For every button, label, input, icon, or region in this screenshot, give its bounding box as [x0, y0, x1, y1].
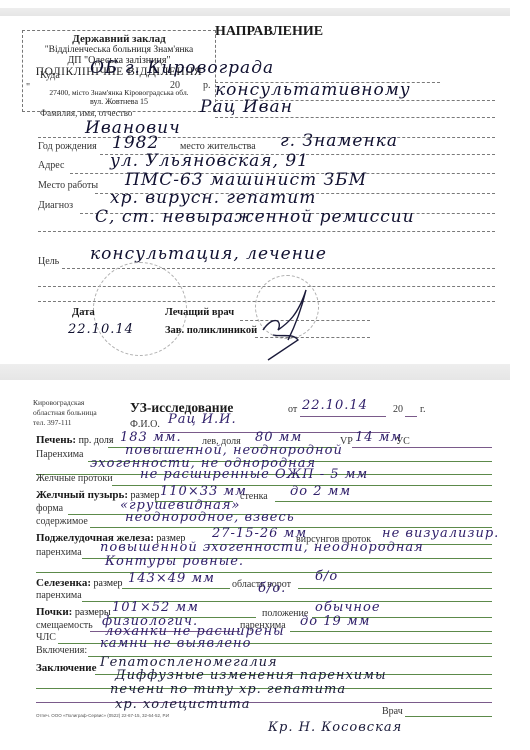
bile-ducts-label: Желчные протоки [36, 473, 113, 484]
doctor-signature-icon [258, 285, 318, 365]
spleen-hilum-value[interactable]: б/о [315, 569, 338, 584]
referral-title: НАПРАВЛЕНИЕ [215, 24, 323, 40]
us-date-line [300, 416, 386, 417]
chls-label: ЧЛС [36, 632, 56, 643]
pancreas-parenchyma-value-1[interactable]: повышенной эхогенности, неоднородная [100, 540, 424, 555]
bile-ducts-value[interactable]: не расширенные ОЖП - 5 мм [140, 467, 368, 482]
gallbladder-content-value[interactable]: неоднородное, взвесь [125, 510, 295, 525]
diagnosis-label: Диагноз [38, 200, 73, 211]
ultrasound-doctor-label: Врач [382, 706, 403, 717]
us-year-line [405, 416, 417, 417]
pancreas-size-value[interactable]: 27-15-26 мм [212, 526, 307, 541]
purpose-value[interactable]: консультация, лечение [90, 244, 327, 264]
gallbladder-label: Желчный пузырь: [36, 489, 128, 501]
spleen-size-value[interactable]: 143×49 мм [128, 571, 215, 586]
date-quote: " [26, 82, 30, 93]
us-year-suffix: г. [420, 404, 425, 415]
address-value[interactable]: ул. Ульяновская, 91 [110, 151, 309, 171]
diagnosis-line-2 [38, 231, 495, 232]
date-value[interactable]: 22.10.14 [68, 322, 134, 337]
address-label: Адрес [38, 160, 64, 171]
printer-note: Отпеч. ООО «Полиграф-Сервис» (0522) 22-6… [36, 713, 169, 718]
liver-right-label: пр. доля [79, 435, 114, 446]
year-suffix: р. [203, 80, 211, 91]
conclusion-label: Заключение [36, 662, 96, 674]
stamp-line-6: вул. Жовтнева 15 [23, 97, 215, 106]
inclusions-value[interactable]: камни не выявлено [100, 636, 251, 651]
kidneys-label: Почки: [36, 606, 72, 618]
wirsung-duct-value[interactable]: не визуализир. [382, 526, 499, 541]
doctor-label: Лечащий врач [165, 307, 234, 318]
kidneys-mobility-label: смещаемость [36, 620, 93, 631]
conclusion-value-3[interactable]: печени по типу хр. гепатита [110, 682, 346, 697]
spleen-hilum-line [298, 588, 492, 589]
vp-line [352, 447, 492, 448]
spleen-parenchyma-value[interactable]: б/о. [258, 581, 286, 596]
hospital-info: Кировоградская областная больница тел. 3… [33, 398, 97, 428]
scan-edge-middle [0, 364, 510, 380]
stamp-line-2: "Відділенчеська больниця Знам'янка [23, 45, 215, 55]
scan-edge-top [0, 8, 510, 16]
us-date-label: от [288, 404, 297, 415]
fullname-line [215, 117, 495, 118]
work-value[interactable]: ПМС-63 машинист ЗБМ [125, 170, 367, 190]
hospital-line-2: областная больница [33, 408, 97, 418]
us-year-label: 20 [393, 404, 403, 415]
residence-value[interactable]: г. Знаменка [280, 131, 398, 151]
fio-label: Ф.И.О. [130, 419, 160, 430]
ultrasound-doctor-line [405, 716, 492, 717]
spleen-size-line [122, 588, 230, 589]
stamp-line-1: Державний заклад [23, 33, 215, 45]
pancreas-parenchyma-value-2[interactable]: Контуры ровные. [105, 554, 244, 569]
kidneys-row: Почки: размеры [36, 606, 111, 618]
fio-value[interactable]: Рац И.И. [168, 412, 237, 427]
purpose-label: Цель [38, 256, 59, 267]
conclusion-value-2[interactable]: Диффузные изменения паренхимы [115, 668, 387, 683]
fullname-line-2 [38, 137, 495, 138]
fullname-value-1[interactable]: Рац Иван [200, 97, 293, 117]
head-label: Зав. поликлиникой [165, 325, 257, 336]
birth-year-label: Год рождения [38, 141, 97, 152]
stamp-line-5: 27400, місто Знам'янка Кіровоградська об… [23, 88, 215, 97]
conclusion-value-4[interactable]: хр. холецистита [115, 697, 251, 712]
gallbladder-wall-value[interactable]: до 2 мм [290, 484, 351, 499]
liver-parenchyma-label: Паренхима [36, 449, 84, 460]
kidneys-parenchyma-value[interactable]: до 19 мм [300, 614, 370, 629]
date-label: Дата [72, 307, 95, 318]
hospital-line-3: тел. 397-111 [33, 418, 97, 428]
gallbladder-wall-label: стенка [240, 491, 268, 502]
spleen-size-label: размер [94, 578, 123, 589]
us-date-value[interactable]: 22.10.14 [302, 398, 368, 413]
conclusion-line-3 [36, 702, 492, 703]
inclusions-label: Включения: [36, 645, 87, 656]
pancreas-parenchyma-label: паренхима [36, 547, 82, 558]
gallbladder-wall-line [275, 501, 492, 502]
gallbladder-content-label: содержимое [36, 516, 88, 527]
birth-year-value[interactable]: 1982 [112, 133, 159, 153]
diagnosis-value-1[interactable]: хр. вирусн. гепатит [110, 188, 316, 208]
diagnosis-value-2[interactable]: С, ст. невыраженной ремиссии [95, 207, 415, 227]
work-label: Место работы [38, 180, 98, 191]
hospital-line-1: Кировоградская [33, 398, 97, 408]
kidneys-parenchyma-line [290, 631, 492, 632]
where-label: Куда [40, 70, 60, 81]
spleen-parenchyma-label: паренхима [36, 590, 82, 601]
spleen-label: Селезенка: [36, 577, 91, 589]
year-label: 20 [170, 80, 180, 91]
kidneys-size-value[interactable]: 101×52 мм [112, 600, 199, 615]
pancreas-parenchyma-line-2 [36, 572, 492, 573]
where-value[interactable]: ОБ г. Кировограда [90, 58, 274, 78]
spleen-row: Селезенка: размер [36, 577, 123, 589]
vp-suffix: УС [396, 436, 410, 447]
fullname-label: Фамилия, имя, отчество [40, 108, 132, 118]
gallbladder-shape-label: форма [36, 503, 63, 514]
kidneys-position-value[interactable]: обычное [315, 600, 381, 615]
liver-row: Печень: пр. доля [36, 434, 113, 446]
gallbladder-size-value[interactable]: 110×33 мм [160, 484, 247, 499]
ultrasound-doctor-signature: Кр. Н. Косовская [268, 720, 402, 735]
liver-label: Печень: [36, 434, 76, 446]
